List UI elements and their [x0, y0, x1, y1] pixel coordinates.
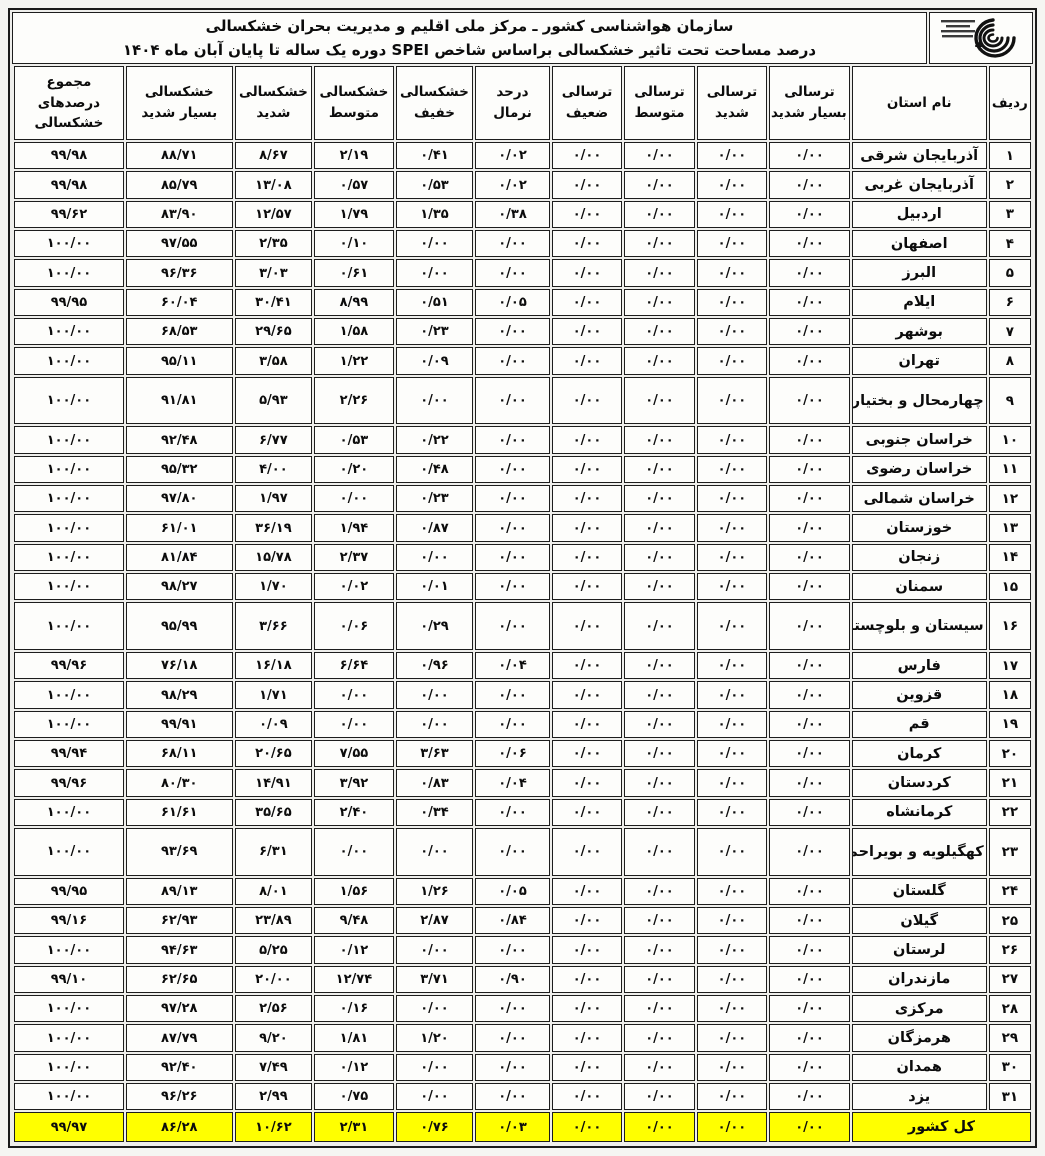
col-header-line: ترسالی [555, 82, 619, 103]
value-cell-wet_severe: ۰/۰۰ [697, 907, 767, 934]
province-name-cell: همدان [852, 1054, 987, 1081]
col-header-line: ضعیف [555, 103, 619, 124]
value-cell-drought_severe: ۹/۲۰ [235, 1024, 313, 1051]
value-cell-total_drought: ۱۰۰/۰۰ [14, 828, 124, 876]
value-cell-wet_weak: ۰/۰۰ [552, 514, 622, 541]
value-cell-drought_mild: ۰/۲۹ [396, 602, 474, 650]
value-cell-wet_severe: ۰/۰۰ [697, 573, 767, 600]
col-header-line: ترسالی [627, 82, 691, 103]
value-cell-drought_moderate: ۱/۵۶ [314, 878, 394, 905]
col-header-line: خشکسالی [238, 82, 310, 103]
col-header-wet_moderate: ترسالیمتوسط [624, 66, 694, 140]
province-name-cell: یزد [852, 1083, 987, 1110]
value-cell-wet_weak: ۰/۰۰ [552, 201, 622, 228]
total-value-cell-wet_very_severe: ۰/۰۰ [769, 1112, 850, 1142]
value-cell-wet_very_severe: ۰/۰۰ [769, 995, 850, 1022]
value-cell-normal: ۰/۰۵ [475, 878, 550, 905]
value-cell-normal: ۰/۰۰ [475, 1083, 550, 1110]
value-cell-normal: ۰/۰۰ [475, 426, 550, 453]
value-cell-normal: ۰/۰۰ [475, 377, 550, 425]
value-cell-wet_moderate: ۰/۰۰ [624, 142, 694, 169]
col-header-normal: درحدنرمال [475, 66, 550, 140]
value-cell-drought_severe: ۳/۶۶ [235, 602, 313, 650]
value-cell-drought_very_severe: ۹۲/۴۰ [126, 1054, 233, 1081]
value-cell-wet_severe: ۰/۰۰ [697, 681, 767, 708]
value-cell-wet_moderate: ۰/۰۰ [624, 1024, 694, 1051]
value-cell-drought_moderate: ۱/۲۲ [314, 347, 394, 374]
drought-table: ردیفنام استانترسالیبسیار شدیدترسالیشدیدت… [12, 64, 1033, 1144]
value-cell-wet_weak: ۰/۰۰ [552, 456, 622, 483]
value-cell-drought_mild: ۳/۶۳ [396, 740, 474, 767]
value-cell-wet_very_severe: ۰/۰۰ [769, 289, 850, 316]
value-cell-wet_severe: ۰/۰۰ [697, 1054, 767, 1081]
value-cell-wet_severe: ۰/۰۰ [697, 347, 767, 374]
province-name-cell: سیستان و بلوچستان [852, 602, 987, 650]
province-name-cell: البرز [852, 259, 987, 286]
row-number-cell: ۱۱ [989, 456, 1031, 483]
row-number-cell: ۳۱ [989, 1083, 1031, 1110]
value-cell-wet_very_severe: ۰/۰۰ [769, 171, 850, 198]
value-cell-wet_very_severe: ۰/۰۰ [769, 514, 850, 541]
col-header-total_drought: مجموعدرصدهایخشکسالی [14, 66, 124, 140]
total-value-cell-drought_severe: ۱۰/۶۲ [235, 1112, 313, 1142]
value-cell-wet_very_severe: ۰/۰۰ [769, 426, 850, 453]
value-cell-wet_very_severe: ۰/۰۰ [769, 201, 850, 228]
value-cell-wet_very_severe: ۰/۰۰ [769, 485, 850, 512]
value-cell-wet_very_severe: ۰/۰۰ [769, 142, 850, 169]
value-cell-drought_mild: ۰/۵۱ [396, 289, 474, 316]
value-cell-total_drought: ۱۰۰/۰۰ [14, 1054, 124, 1081]
value-cell-drought_mild: ۰/۰۰ [396, 230, 474, 257]
value-cell-wet_weak: ۰/۰۰ [552, 799, 622, 826]
province-name-cell: قم [852, 711, 987, 738]
value-cell-wet_severe: ۰/۰۰ [697, 936, 767, 963]
row-number-cell: ۹ [989, 377, 1031, 425]
value-cell-wet_very_severe: ۰/۰۰ [769, 456, 850, 483]
value-cell-normal: ۰/۰۰ [475, 828, 550, 876]
value-cell-wet_severe: ۰/۰۰ [697, 456, 767, 483]
value-cell-wet_weak: ۰/۰۰ [552, 289, 622, 316]
value-cell-wet_very_severe: ۰/۰۰ [769, 259, 850, 286]
table-body: ۱آذربایجان شرقی۰/۰۰۰/۰۰۰/۰۰۰/۰۰۰/۰۲۰/۴۱۲… [14, 142, 1031, 1142]
table-row: ۲۷مازندران۰/۰۰۰/۰۰۰/۰۰۰/۰۰۰/۹۰۳/۷۱۱۲/۷۴۲… [14, 966, 1031, 993]
total-value-cell-drought_very_severe: ۸۶/۲۸ [126, 1112, 233, 1142]
table-subtitle: درصد مساحت تحت تاثیر خشکسالی براساس شاخص… [123, 40, 816, 60]
value-cell-drought_very_severe: ۶۸/۵۳ [126, 318, 233, 345]
value-cell-drought_severe: ۸/۰۱ [235, 878, 313, 905]
col-header-line: نام استان [855, 93, 984, 114]
row-number-cell: ۲۰ [989, 740, 1031, 767]
value-cell-drought_moderate: ۰/۱۶ [314, 995, 394, 1022]
value-cell-drought_moderate: ۰/۰۰ [314, 828, 394, 876]
value-cell-wet_severe: ۰/۰۰ [697, 828, 767, 876]
province-name-cell: کرمانشاه [852, 799, 987, 826]
province-name-cell: چهارمحال و بختیاری [852, 377, 987, 425]
value-cell-drought_mild: ۰/۰۰ [396, 1083, 474, 1110]
row-number-cell: ۴ [989, 230, 1031, 257]
value-cell-wet_very_severe: ۰/۰۰ [769, 573, 850, 600]
value-cell-drought_moderate: ۰/۰۰ [314, 485, 394, 512]
table-header: ردیفنام استانترسالیبسیار شدیدترسالیشدیدت… [14, 66, 1031, 140]
value-cell-total_drought: ۱۰۰/۰۰ [14, 426, 124, 453]
value-cell-drought_severe: ۳/۰۳ [235, 259, 313, 286]
value-cell-normal: ۰/۰۰ [475, 259, 550, 286]
value-cell-wet_severe: ۰/۰۰ [697, 799, 767, 826]
table-row: ۶ایلام۰/۰۰۰/۰۰۰/۰۰۰/۰۰۰/۰۵۰/۵۱۸/۹۹۳۰/۴۱۶… [14, 289, 1031, 316]
table-row: ۳اردبیل۰/۰۰۰/۰۰۰/۰۰۰/۰۰۰/۳۸۱/۳۵۱/۷۹۱۲/۵۷… [14, 201, 1031, 228]
row-number-cell: ۲۱ [989, 769, 1031, 796]
value-cell-drought_mild: ۲/۸۷ [396, 907, 474, 934]
table-row: ۱آذربایجان شرقی۰/۰۰۰/۰۰۰/۰۰۰/۰۰۰/۰۲۰/۴۱۲… [14, 142, 1031, 169]
value-cell-wet_severe: ۰/۰۰ [697, 711, 767, 738]
value-cell-drought_severe: ۵/۹۳ [235, 377, 313, 425]
row-number-cell: ۲۴ [989, 878, 1031, 905]
value-cell-wet_moderate: ۰/۰۰ [624, 1083, 694, 1110]
value-cell-wet_moderate: ۰/۰۰ [624, 201, 694, 228]
value-cell-normal: ۰/۰۰ [475, 936, 550, 963]
value-cell-wet_weak: ۰/۰۰ [552, 936, 622, 963]
value-cell-drought_moderate: ۱/۷۹ [314, 201, 394, 228]
value-cell-drought_mild: ۰/۰۰ [396, 259, 474, 286]
value-cell-drought_very_severe: ۹۵/۹۹ [126, 602, 233, 650]
value-cell-wet_weak: ۰/۰۰ [552, 769, 622, 796]
province-name-cell: مرکزی [852, 995, 987, 1022]
table-outer-border: سازمان هواشناسی کشور ـ مرکز ملی اقلیم و … [8, 8, 1037, 1148]
value-cell-drought_very_severe: ۹۷/۵۵ [126, 230, 233, 257]
value-cell-wet_moderate: ۰/۰۰ [624, 230, 694, 257]
value-cell-total_drought: ۱۰۰/۰۰ [14, 377, 124, 425]
value-cell-wet_weak: ۰/۰۰ [552, 485, 622, 512]
value-cell-drought_moderate: ۰/۱۰ [314, 230, 394, 257]
value-cell-normal: ۰/۰۰ [475, 1054, 550, 1081]
value-cell-drought_very_severe: ۶۱/۶۱ [126, 799, 233, 826]
province-name-cell: آذربایجان غربی [852, 171, 987, 198]
value-cell-drought_very_severe: ۹۹/۹۱ [126, 711, 233, 738]
value-cell-total_drought: ۹۹/۹۵ [14, 289, 124, 316]
row-number-cell: ۲۹ [989, 1024, 1031, 1051]
table-row: ۸تهران۰/۰۰۰/۰۰۰/۰۰۰/۰۰۰/۰۰۰/۰۹۱/۲۲۳/۵۸۹۵… [14, 347, 1031, 374]
value-cell-wet_weak: ۰/۰۰ [552, 1083, 622, 1110]
value-cell-wet_severe: ۰/۰۰ [697, 514, 767, 541]
table-row: ۱۵سمنان۰/۰۰۰/۰۰۰/۰۰۰/۰۰۰/۰۰۰/۰۱۰/۰۲۱/۷۰۹… [14, 573, 1031, 600]
value-cell-wet_moderate: ۰/۰۰ [624, 799, 694, 826]
table-row: ۵البرز۰/۰۰۰/۰۰۰/۰۰۰/۰۰۰/۰۰۰/۰۰۰/۶۱۳/۰۳۹۶… [14, 259, 1031, 286]
value-cell-wet_weak: ۰/۰۰ [552, 966, 622, 993]
col-header-line: درحد [478, 82, 547, 103]
value-cell-drought_severe: ۰/۰۹ [235, 711, 313, 738]
value-cell-total_drought: ۱۰۰/۰۰ [14, 544, 124, 571]
value-cell-drought_severe: ۱/۷۰ [235, 573, 313, 600]
value-cell-drought_very_severe: ۸۵/۷۹ [126, 171, 233, 198]
value-cell-total_drought: ۹۹/۹۶ [14, 769, 124, 796]
value-cell-wet_moderate: ۰/۰۰ [624, 878, 694, 905]
value-cell-drought_very_severe: ۹۶/۳۶ [126, 259, 233, 286]
value-cell-drought_severe: ۴/۰۰ [235, 456, 313, 483]
row-number-cell: ۱۷ [989, 652, 1031, 679]
value-cell-normal: ۰/۰۰ [475, 681, 550, 708]
value-cell-wet_very_severe: ۰/۰۰ [769, 1054, 850, 1081]
value-cell-wet_moderate: ۰/۰۰ [624, 907, 694, 934]
row-number-cell: ۲۷ [989, 966, 1031, 993]
value-cell-drought_moderate: ۹/۴۸ [314, 907, 394, 934]
value-cell-drought_very_severe: ۸۷/۷۹ [126, 1024, 233, 1051]
value-cell-drought_severe: ۵/۲۵ [235, 936, 313, 963]
table-row: ۱۹قم۰/۰۰۰/۰۰۰/۰۰۰/۰۰۰/۰۰۰/۰۰۰/۰۰۰/۰۹۹۹/۹… [14, 711, 1031, 738]
value-cell-wet_weak: ۰/۰۰ [552, 1054, 622, 1081]
value-cell-normal: ۰/۰۲ [475, 171, 550, 198]
value-cell-normal: ۰/۰۰ [475, 485, 550, 512]
value-cell-normal: ۰/۰۵ [475, 289, 550, 316]
country-total-label-cell: کل کشور [852, 1112, 1031, 1142]
province-name-cell: زنجان [852, 544, 987, 571]
value-cell-total_drought: ۱۰۰/۰۰ [14, 602, 124, 650]
value-cell-normal: ۰/۰۰ [475, 573, 550, 600]
value-cell-normal: ۰/۰۰ [475, 799, 550, 826]
table-row: ۹چهارمحال و بختیاری۰/۰۰۰/۰۰۰/۰۰۰/۰۰۰/۰۰۰… [14, 377, 1031, 425]
value-cell-drought_very_severe: ۶۰/۰۴ [126, 289, 233, 316]
col-header-line: بسیار شدید [772, 103, 847, 124]
value-cell-drought_very_severe: ۹۴/۶۳ [126, 936, 233, 963]
value-cell-wet_severe: ۰/۰۰ [697, 289, 767, 316]
value-cell-drought_moderate: ۲/۲۶ [314, 377, 394, 425]
col-header-line: ترسالی [772, 82, 847, 103]
value-cell-total_drought: ۹۹/۱۶ [14, 907, 124, 934]
value-cell-drought_moderate: ۳/۹۲ [314, 769, 394, 796]
value-cell-wet_very_severe: ۰/۰۰ [769, 652, 850, 679]
value-cell-drought_very_severe: ۶۸/۱۱ [126, 740, 233, 767]
row-number-cell: ۲۶ [989, 936, 1031, 963]
value-cell-drought_mild: ۰/۴۸ [396, 456, 474, 483]
country-total-row: کل کشور۰/۰۰۰/۰۰۰/۰۰۰/۰۰۰/۰۳۰/۷۶۲/۳۱۱۰/۶۲… [14, 1112, 1031, 1142]
value-cell-drought_very_severe: ۸۸/۷۱ [126, 142, 233, 169]
value-cell-drought_severe: ۲۰/۰۰ [235, 966, 313, 993]
value-cell-drought_mild: ۰/۰۰ [396, 681, 474, 708]
table-row: ۱۴زنجان۰/۰۰۰/۰۰۰/۰۰۰/۰۰۰/۰۰۰/۰۰۲/۳۷۱۵/۷۸… [14, 544, 1031, 571]
value-cell-total_drought: ۱۰۰/۰۰ [14, 681, 124, 708]
value-cell-wet_weak: ۰/۰۰ [552, 573, 622, 600]
value-cell-drought_moderate: ۱/۸۱ [314, 1024, 394, 1051]
title-band: سازمان هواشناسی کشور ـ مرکز ملی اقلیم و … [12, 12, 1033, 64]
value-cell-drought_moderate: ۰/۰۶ [314, 602, 394, 650]
col-header-wet_severe: ترسالیشدید [697, 66, 767, 140]
value-cell-drought_moderate: ۰/۱۲ [314, 936, 394, 963]
value-cell-total_drought: ۱۰۰/۰۰ [14, 514, 124, 541]
table-row: ۷بوشهر۰/۰۰۰/۰۰۰/۰۰۰/۰۰۰/۰۰۰/۲۳۱/۵۸۲۹/۶۵۶… [14, 318, 1031, 345]
table-row: ۱۷فارس۰/۰۰۰/۰۰۰/۰۰۰/۰۰۰/۰۴۰/۹۶۶/۶۴۱۶/۱۸۷… [14, 652, 1031, 679]
province-name-cell: خراسان شمالی [852, 485, 987, 512]
value-cell-wet_weak: ۰/۰۰ [552, 142, 622, 169]
value-cell-drought_severe: ۱/۹۷ [235, 485, 313, 512]
value-cell-wet_very_severe: ۰/۰۰ [769, 907, 850, 934]
table-row: ۱۶سیستان و بلوچستان۰/۰۰۰/۰۰۰/۰۰۰/۰۰۰/۰۰۰… [14, 602, 1031, 650]
value-cell-drought_mild: ۰/۸۳ [396, 769, 474, 796]
value-cell-normal: ۰/۰۰ [475, 1024, 550, 1051]
table-row: ۱۱خراسان رضوی۰/۰۰۰/۰۰۰/۰۰۰/۰۰۰/۰۰۰/۴۸۰/۲… [14, 456, 1031, 483]
value-cell-wet_moderate: ۰/۰۰ [624, 1054, 694, 1081]
value-cell-wet_severe: ۰/۰۰ [697, 259, 767, 286]
value-cell-normal: ۰/۹۰ [475, 966, 550, 993]
value-cell-wet_severe: ۰/۰۰ [697, 142, 767, 169]
value-cell-total_drought: ۱۰۰/۰۰ [14, 230, 124, 257]
row-number-cell: ۲۳ [989, 828, 1031, 876]
value-cell-wet_moderate: ۰/۰۰ [624, 602, 694, 650]
value-cell-drought_severe: ۳۵/۶۵ [235, 799, 313, 826]
province-name-cell: کهگیلویه و بویراحمد [852, 828, 987, 876]
province-name-cell: تهران [852, 347, 987, 374]
col-header-line: خشکسالی [17, 113, 121, 134]
value-cell-wet_severe: ۰/۰۰ [697, 602, 767, 650]
value-cell-wet_moderate: ۰/۰۰ [624, 377, 694, 425]
value-cell-wet_weak: ۰/۰۰ [552, 259, 622, 286]
value-cell-drought_mild: ۰/۰۰ [396, 828, 474, 876]
row-number-cell: ۷ [989, 318, 1031, 345]
value-cell-normal: ۰/۰۰ [475, 514, 550, 541]
value-cell-wet_weak: ۰/۰۰ [552, 907, 622, 934]
col-header-line: ردیف [992, 93, 1028, 114]
value-cell-normal: ۰/۰۶ [475, 740, 550, 767]
value-cell-wet_severe: ۰/۰۰ [697, 544, 767, 571]
value-cell-wet_moderate: ۰/۰۰ [624, 544, 694, 571]
value-cell-wet_moderate: ۰/۰۰ [624, 259, 694, 286]
table-row: ۲۵گیلان۰/۰۰۰/۰۰۰/۰۰۰/۰۰۰/۸۴۲/۸۷۹/۴۸۲۳/۸۹… [14, 907, 1031, 934]
value-cell-drought_mild: ۱/۳۵ [396, 201, 474, 228]
value-cell-total_drought: ۱۰۰/۰۰ [14, 318, 124, 345]
value-cell-drought_mild: ۰/۰۰ [396, 377, 474, 425]
value-cell-wet_weak: ۰/۰۰ [552, 711, 622, 738]
value-cell-wet_very_severe: ۰/۰۰ [769, 936, 850, 963]
value-cell-wet_moderate: ۰/۰۰ [624, 456, 694, 483]
table-row: ۲۲کرمانشاه۰/۰۰۰/۰۰۰/۰۰۰/۰۰۰/۰۰۰/۳۴۲/۴۰۳۵… [14, 799, 1031, 826]
row-number-cell: ۲ [989, 171, 1031, 198]
value-cell-wet_very_severe: ۰/۰۰ [769, 799, 850, 826]
row-number-cell: ۵ [989, 259, 1031, 286]
value-cell-drought_severe: ۳/۵۸ [235, 347, 313, 374]
province-name-cell: قزوین [852, 681, 987, 708]
row-number-cell: ۱ [989, 142, 1031, 169]
col-header-radif: ردیف [989, 66, 1031, 140]
row-number-cell: ۳ [989, 201, 1031, 228]
value-cell-drought_moderate: ۰/۶۱ [314, 259, 394, 286]
value-cell-total_drought: ۹۹/۹۴ [14, 740, 124, 767]
value-cell-drought_mild: ۱/۲۰ [396, 1024, 474, 1051]
value-cell-drought_severe: ۲/۹۹ [235, 1083, 313, 1110]
value-cell-wet_weak: ۰/۰۰ [552, 602, 622, 650]
row-number-cell: ۸ [989, 347, 1031, 374]
value-cell-total_drought: ۱۰۰/۰۰ [14, 573, 124, 600]
value-cell-drought_severe: ۲/۳۵ [235, 230, 313, 257]
col-header-drought_severe: خشکسالیشدید [235, 66, 313, 140]
value-cell-drought_very_severe: ۸۱/۸۴ [126, 544, 233, 571]
value-cell-wet_very_severe: ۰/۰۰ [769, 377, 850, 425]
value-cell-drought_moderate: ۱/۹۴ [314, 514, 394, 541]
province-name-cell: آذربایجان شرقی [852, 142, 987, 169]
col-header-line: خفیف [399, 103, 471, 124]
value-cell-wet_moderate: ۰/۰۰ [624, 769, 694, 796]
value-cell-wet_moderate: ۰/۰۰ [624, 573, 694, 600]
total-value-cell-wet_moderate: ۰/۰۰ [624, 1112, 694, 1142]
value-cell-drought_very_severe: ۹۸/۲۹ [126, 681, 233, 708]
value-cell-wet_moderate: ۰/۰۰ [624, 995, 694, 1022]
value-cell-wet_very_severe: ۰/۰۰ [769, 769, 850, 796]
value-cell-wet_weak: ۰/۰۰ [552, 544, 622, 571]
table-row: ۲۱کردستان۰/۰۰۰/۰۰۰/۰۰۰/۰۰۰/۰۴۰/۸۳۳/۹۲۱۴/… [14, 769, 1031, 796]
value-cell-normal: ۰/۰۴ [475, 652, 550, 679]
value-cell-drought_severe: ۷/۴۹ [235, 1054, 313, 1081]
col-header-line: ترسالی [700, 82, 764, 103]
value-cell-drought_moderate: ۲/۱۹ [314, 142, 394, 169]
value-cell-drought_very_severe: ۸۳/۹۰ [126, 201, 233, 228]
value-cell-wet_severe: ۰/۰۰ [697, 652, 767, 679]
value-cell-drought_moderate: ۲/۴۰ [314, 799, 394, 826]
value-cell-wet_moderate: ۰/۰۰ [624, 485, 694, 512]
col-header-drought_mild: خشکسالیخفیف [396, 66, 474, 140]
value-cell-wet_moderate: ۰/۰۰ [624, 426, 694, 453]
value-cell-total_drought: ۱۰۰/۰۰ [14, 1083, 124, 1110]
total-value-cell-drought_mild: ۰/۷۶ [396, 1112, 474, 1142]
province-name-cell: اصفهان [852, 230, 987, 257]
value-cell-drought_mild: ۰/۴۱ [396, 142, 474, 169]
province-name-cell: خراسان جنوبی [852, 426, 987, 453]
value-cell-total_drought: ۱۰۰/۰۰ [14, 936, 124, 963]
value-cell-drought_moderate: ۰/۱۲ [314, 1054, 394, 1081]
table-row: ۱۰خراسان جنوبی۰/۰۰۰/۰۰۰/۰۰۰/۰۰۰/۰۰۰/۲۲۰/… [14, 426, 1031, 453]
value-cell-drought_very_severe: ۹۸/۲۷ [126, 573, 233, 600]
value-cell-drought_mild: ۰/۰۰ [396, 544, 474, 571]
province-name-cell: هرمزگان [852, 1024, 987, 1051]
table-row: ۴اصفهان۰/۰۰۰/۰۰۰/۰۰۰/۰۰۰/۰۰۰/۰۰۰/۱۰۲/۳۵۹… [14, 230, 1031, 257]
value-cell-drought_moderate: ۱۲/۷۴ [314, 966, 394, 993]
value-cell-wet_severe: ۰/۰۰ [697, 769, 767, 796]
value-cell-drought_very_severe: ۸۰/۳۰ [126, 769, 233, 796]
value-cell-normal: ۰/۰۰ [475, 456, 550, 483]
value-cell-wet_severe: ۰/۰۰ [697, 230, 767, 257]
value-cell-drought_mild: ۱/۲۶ [396, 878, 474, 905]
row-number-cell: ۱۴ [989, 544, 1031, 571]
value-cell-drought_moderate: ۰/۷۵ [314, 1083, 394, 1110]
org-title: سازمان هواشناسی کشور ـ مرکز ملی اقلیم و … [206, 16, 734, 36]
value-cell-drought_mild: ۰/۰۰ [396, 1054, 474, 1081]
col-header-line: نرمال [478, 103, 547, 124]
value-cell-wet_severe: ۰/۰۰ [697, 485, 767, 512]
row-number-cell: ۳۰ [989, 1054, 1031, 1081]
value-cell-drought_severe: ۱۳/۰۸ [235, 171, 313, 198]
value-cell-wet_severe: ۰/۰۰ [697, 1083, 767, 1110]
value-cell-total_drought: ۹۹/۹۸ [14, 142, 124, 169]
value-cell-wet_weak: ۰/۰۰ [552, 230, 622, 257]
col-header-line: شدید [238, 103, 310, 124]
value-cell-wet_moderate: ۰/۰۰ [624, 681, 694, 708]
province-name-cell: خراسان رضوی [852, 456, 987, 483]
col-header-line: خشکسالی [399, 82, 471, 103]
value-cell-drought_very_severe: ۹۷/۲۸ [126, 995, 233, 1022]
row-number-cell: ۱۹ [989, 711, 1031, 738]
value-cell-total_drought: ۹۹/۹۵ [14, 878, 124, 905]
value-cell-wet_weak: ۰/۰۰ [552, 681, 622, 708]
value-cell-wet_weak: ۰/۰۰ [552, 652, 622, 679]
irimo-spiral-logo [933, 15, 1029, 61]
col-header-line: متوسط [317, 103, 391, 124]
value-cell-drought_mild: ۰/۲۳ [396, 318, 474, 345]
value-cell-wet_very_severe: ۰/۰۰ [769, 878, 850, 905]
col-header-line: مجموع [17, 72, 121, 93]
total-value-cell-wet_weak: ۰/۰۰ [552, 1112, 622, 1142]
col-header-wet_very_severe: ترسالیبسیار شدید [769, 66, 850, 140]
value-cell-wet_severe: ۰/۰۰ [697, 171, 767, 198]
value-cell-drought_moderate: ۰/۰۲ [314, 573, 394, 600]
table-row: ۳۱یزد۰/۰۰۰/۰۰۰/۰۰۰/۰۰۰/۰۰۰/۰۰۰/۷۵۲/۹۹۹۶/… [14, 1083, 1031, 1110]
col-header-line: متوسط [627, 103, 691, 124]
value-cell-drought_severe: ۱۲/۵۷ [235, 201, 313, 228]
